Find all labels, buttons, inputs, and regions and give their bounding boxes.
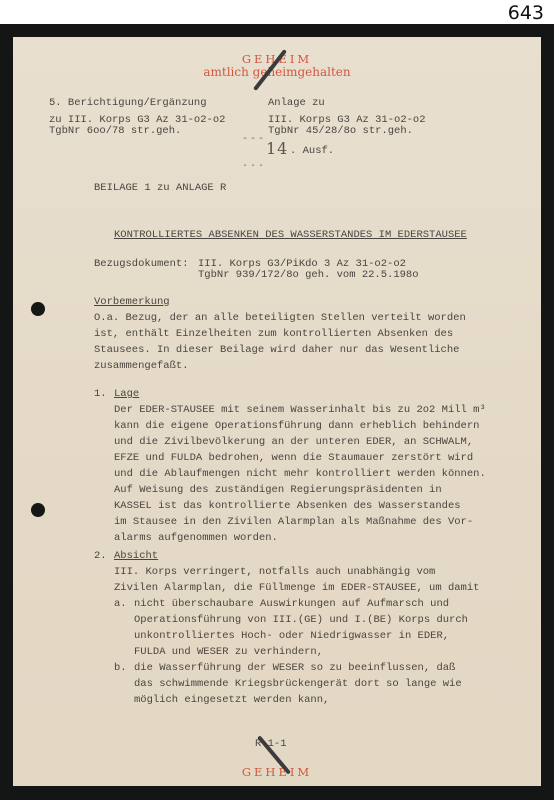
punch-hole [31, 503, 45, 517]
header-left-line3: TgbNr 6oo/78 str.geh. [49, 125, 181, 138]
copy-label: . Ausf. [290, 145, 334, 158]
header-right-line3: TgbNr 45/28/8o str.geh. [268, 125, 413, 138]
preliminary-heading: Vorbemerkung [94, 296, 170, 309]
page-number: 643 [508, 2, 544, 24]
document-page: GEHEIM amtlich geheimgehalten 5. Bericht… [13, 37, 541, 786]
header-right-line1: Anlage zu [268, 97, 325, 110]
document-title: KONTROLLIERTES ABSENKEN DES WASSERSTANDE… [114, 229, 467, 242]
copy-number: 14 [266, 139, 288, 158]
section-heading: Absicht [114, 550, 158, 563]
section-heading: Lage [114, 388, 139, 401]
classification-stamp-bottom: GEHEIM [13, 765, 541, 779]
reference-label: Bezugsdokument: [94, 258, 189, 271]
classification-substamp: amtlich geheimgehalten [13, 65, 541, 79]
punch-hole [31, 302, 45, 316]
dot-mark: ... [242, 159, 266, 170]
header-left-line1: 5. Berichtigung/Ergänzung [49, 97, 207, 110]
reference-line2: TgbNr 939/172/8o geh. vom 22.5.198o [198, 269, 419, 282]
beilage-label: BEILAGE 1 zu ANLAGE R [94, 182, 226, 195]
dash-mark: --- [242, 134, 266, 145]
